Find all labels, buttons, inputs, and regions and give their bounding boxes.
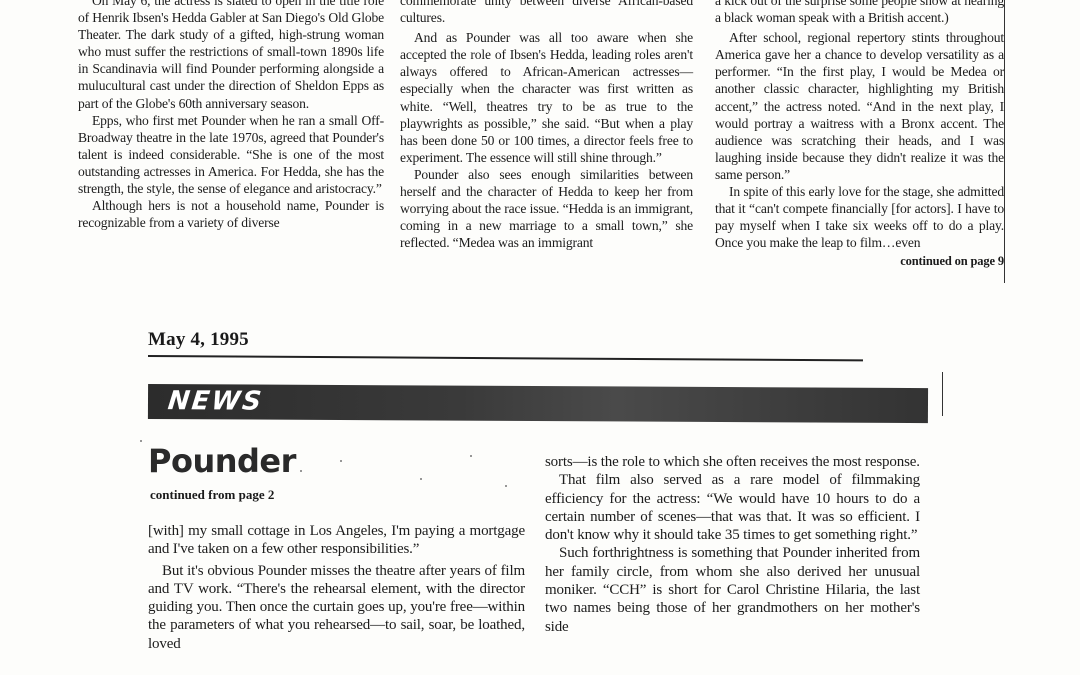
paragraph: And as Pounder was all too aware when sh… — [400, 29, 693, 166]
section-banner: NEWS — [148, 384, 928, 423]
paragraph: Such forthrightness is something that Po… — [545, 544, 920, 635]
paragraph: Although hers is not a household name, P… — [78, 197, 384, 231]
scan-speck — [470, 455, 472, 457]
bottom-article-column-1: [with] my small cottage in Los Angeles, … — [148, 522, 525, 653]
article-headline: Pounder — [148, 442, 296, 480]
paragraph: commemorate unity between diverse Africa… — [400, 0, 693, 26]
top-article-column-2: commemorate unity between diverse Africa… — [400, 0, 693, 251]
paragraph: Pounder also sees enough similarities be… — [400, 166, 693, 251]
top-article-column-1: On May 6, the actress is slated to open … — [78, 0, 384, 231]
paragraph: Epps, who first met Pounder when he ran … — [78, 112, 384, 197]
scan-speck — [505, 485, 507, 487]
paragraph: a kick out of the surprise some people s… — [715, 0, 1004, 26]
scan-speck — [340, 460, 342, 462]
page-date: May 4, 1995 — [148, 329, 249, 351]
paragraph: But it's obvious Pounder misses the thea… — [148, 562, 525, 653]
paragraph: After school, regional repertory stints … — [715, 29, 1004, 183]
paragraph: On May 6, the actress is slated to open … — [78, 0, 384, 112]
section-label: NEWS — [166, 386, 264, 416]
scan-speck — [300, 470, 302, 472]
frame-rule — [942, 372, 943, 416]
continued-on-label: continued on page 9 — [715, 253, 1004, 270]
paragraph: sorts—is the role to which she often rec… — [545, 453, 920, 471]
top-article-column-3: a kick out of the surprise some people s… — [715, 0, 1004, 271]
bottom-article-column-2: sorts—is the role to which she often rec… — [545, 453, 920, 636]
continued-from-label: continued from page 2 — [150, 487, 274, 503]
scan-speck — [420, 478, 422, 480]
scan-speck — [140, 440, 142, 442]
paragraph: In spite of this early love for the stag… — [715, 183, 1004, 251]
paragraph: [with] my small cottage in Los Angeles, … — [148, 522, 525, 559]
paragraph: That film also served as a rare model of… — [545, 471, 920, 544]
header-rule — [148, 355, 863, 361]
column-rule — [1004, 0, 1005, 283]
